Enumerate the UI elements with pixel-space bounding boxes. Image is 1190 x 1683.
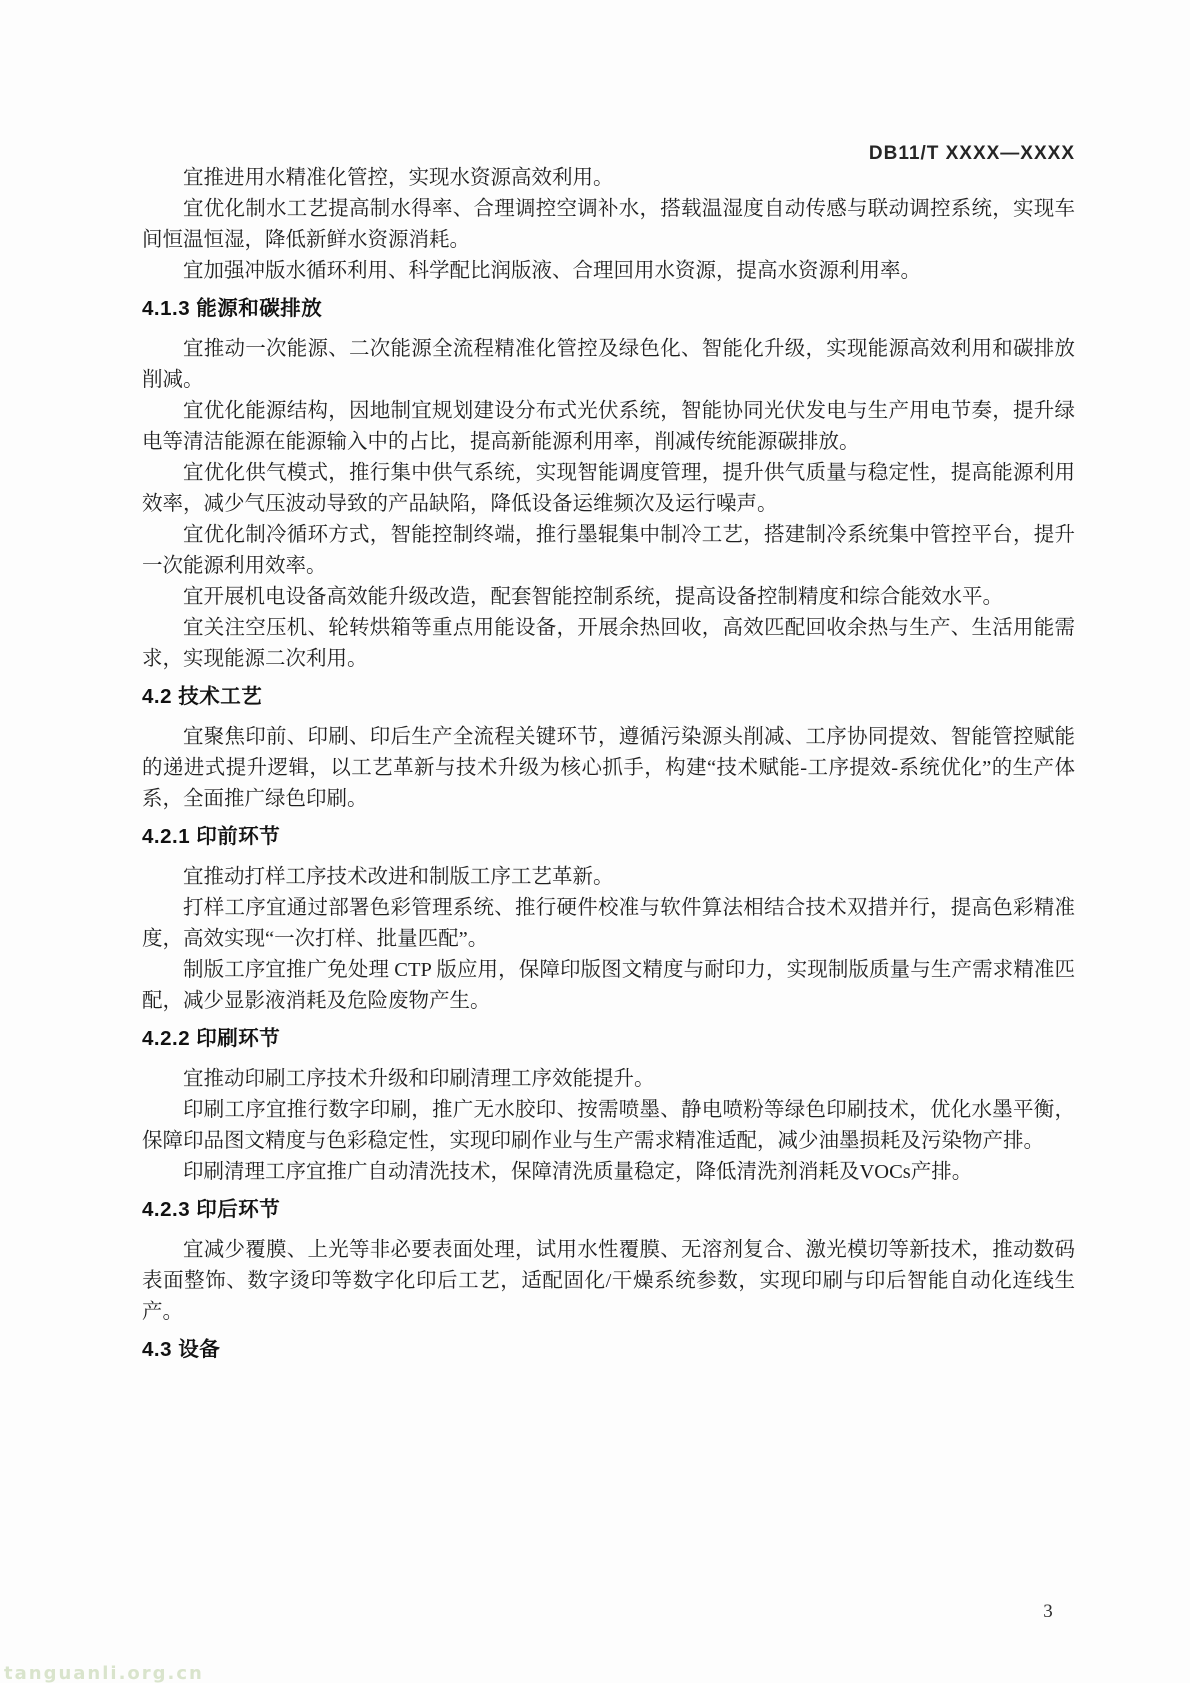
paragraph-water-process: 宜优化制水工艺提高制水得率、合理调控空调补水，搭载温湿度自动传感与联动调控系统，… [142,194,1075,256]
paragraph-water-control: 宜推进用水精准化管控，实现水资源高效利用。 [142,163,1075,194]
paragraph-energy-control: 宜推动一次能源、二次能源全流程精准化管控及绿色化、智能化升级，实现能源高效利用和… [142,334,1075,396]
paragraph-equipment-upgrade: 宜开展机电设备高效能升级改造，配套智能控制系统，提高设备控制精度和综合能效水平。 [142,582,1075,613]
section-heading-4-2-3: 4.2.3 印后环节 [142,1194,1075,1225]
watermark: tanguanli.org.cn [4,1663,204,1683]
paragraph-heat-recovery: 宜关注空压机、轮转烘箱等重点用能设备，开展余热回收，高效匹配回收余热与生产、生活… [142,613,1075,675]
document-page: DB11/T XXXX—XXXX 宜推进用水精准化管控，实现水资源高效利用。 宜… [0,0,1190,1683]
section-heading-4-2-1: 4.2.1 印前环节 [142,821,1075,852]
paragraph-energy-structure: 宜优化能源结构，因地制宜规划建设分布式光伏系统，智能协同光伏发电与生产用电节奏，… [142,396,1075,458]
paragraph-proofing: 打样工序宜通过部署色彩管理系统、推行硬件校准与软件算法相结合技术双措并行，提高色… [142,893,1075,955]
page-number: 3 [1037,1601,1059,1623]
paragraph-platemaking-ctp: 制版工序宜推广免处理 CTP 版应用，保障印版图文精度与耐印力，实现制版质量与生… [142,955,1075,1017]
section-heading-4-2: 4.2 技术工艺 [142,681,1075,712]
paragraph-printing-intro: 宜推动印刷工序技术升级和印刷清理工序效能提升。 [142,1064,1075,1095]
paragraph-auto-cleaning: 印刷清理工序宜推广自动清洗技术，保障清洗质量稳定，降低清洗剂消耗及VOCs产排。 [142,1157,1075,1188]
section-heading-4-3: 4.3 设备 [142,1334,1075,1365]
section-heading-4-2-2: 4.2.2 印刷环节 [142,1023,1075,1054]
paragraph-postpress: 宜减少覆膜、上光等非必要表面处理，试用水性覆膜、无溶剂复合、激光模切等新技术，推… [142,1235,1075,1328]
paragraph-process-overview: 宜聚焦印前、印刷、印后生产全流程关键环节，遵循污染源头削减、工序协同提效、智能管… [142,722,1075,815]
standard-number-header: DB11/T XXXX—XXXX [142,143,1075,165]
paragraph-water-recycle: 宜加强冲版水循环利用、科学配比润版液、合理回用水资源，提高水资源利用率。 [142,256,1075,287]
paragraph-gas-supply: 宜优化供气模式，推行集中供气系统，实现智能调度管理，提升供气质量与稳定性，提高能… [142,458,1075,520]
section-heading-4-1-3: 4.1.3 能源和碳排放 [142,293,1075,324]
paragraph-cooling-cycle: 宜优化制冷循环方式，智能控制终端，推行墨辊集中制冷工艺，搭建制冷系统集中管控平台… [142,520,1075,582]
paragraph-prepress-intro: 宜推动打样工序技术改进和制版工序工艺革新。 [142,862,1075,893]
document-body: 宜推进用水精准化管控，实现水资源高效利用。 宜优化制水工艺提高制水得率、合理调控… [142,163,1075,1375]
paragraph-digital-printing: 印刷工序宜推行数字印刷，推广无水胶印、按需喷墨、静电喷粉等绿色印刷技术，优化水墨… [142,1095,1075,1157]
